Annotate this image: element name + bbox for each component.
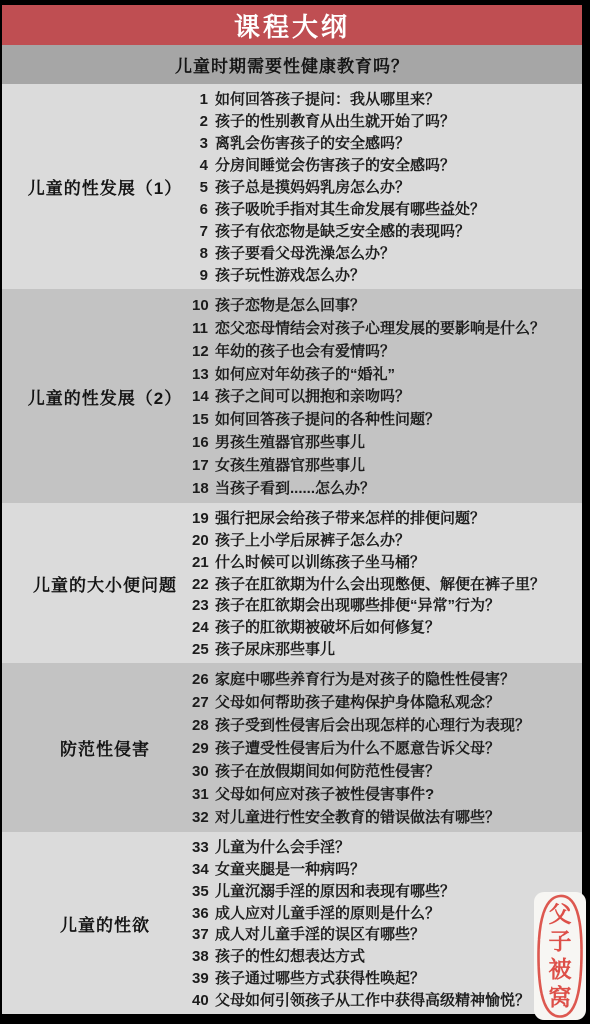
item-number: 5	[192, 179, 208, 196]
item-number: 21	[192, 554, 208, 571]
item-text: 如何回答孩子提问的各种性问题？	[215, 408, 440, 429]
item-text: 成人应对儿童手淫的原则是什么？	[215, 902, 440, 923]
item-number: 29	[192, 740, 208, 757]
outline-item: 22孩子在肛欲期为什么会出现憋便、解便在裤子里？	[192, 573, 582, 594]
item-number: 2	[192, 113, 208, 130]
stamp-inner: 父子被窝	[534, 892, 586, 1020]
item-number: 16	[192, 434, 208, 451]
outline-item: 4分房间睡觉会伤害孩子的安全感吗？	[192, 154, 582, 175]
item-text: 孩子受到性侵害后会出现怎样的心理行为表现？	[215, 714, 530, 735]
outline-item: 34女童夹腿是一种病吗？	[192, 858, 582, 879]
item-number: 7	[192, 223, 208, 240]
outline-item: 39孩子通过哪些方式获得性唤起？	[192, 967, 582, 988]
outline-item: 26家庭中哪些养育行为是对孩子的隐性性侵害？	[192, 668, 582, 689]
item-text: 孩子之间可以拥抱和亲吻吗？	[215, 385, 410, 406]
outline-item: 27父母如何帮助孩子建构保护身体隐私观念？	[192, 691, 582, 712]
item-text: 孩子在放假期间如何防范性侵害？	[215, 760, 440, 781]
section-5: 儿童的性欲33儿童为什么会手淫？34女童夹腿是一种病吗？35儿童沉溺手淫的原因和…	[2, 832, 582, 1014]
stamp-char: 窝	[549, 984, 572, 1012]
item-number: 30	[192, 763, 208, 780]
watermark-stamp: 父子被窝	[534, 892, 586, 1020]
item-number: 10	[192, 297, 208, 314]
item-text: 孩子玩性游戏怎么办？	[215, 264, 365, 285]
item-text: 孩子遭受性侵害后为什么不愿意告诉父母？	[215, 737, 500, 758]
outline-item: 15如何回答孩子提问的各种性问题？	[192, 408, 582, 429]
stamp-char: 子	[549, 928, 572, 956]
outline-item: 32对儿童进行性安全教育的错误做法有哪些？	[192, 806, 582, 827]
item-number: 33	[192, 839, 208, 856]
item-text: 对儿童进行性安全教育的错误做法有哪些？	[215, 806, 500, 827]
item-number: 1	[192, 91, 208, 108]
outline-item: 18当孩子看到......怎么办？	[192, 477, 582, 498]
section-label: 儿童的大小便问题	[2, 503, 192, 663]
section-items: 26家庭中哪些养育行为是对孩子的隐性性侵害？27父母如何帮助孩子建构保护身体隐私…	[192, 663, 582, 832]
item-number: 38	[192, 948, 208, 965]
outline-item: 37成人对儿童手淫的误区有哪些？	[192, 923, 582, 944]
item-number: 27	[192, 694, 208, 711]
item-text: 孩子吸吮手指对其生命发展有哪些益处？	[215, 198, 485, 219]
item-text: 什么时候可以训练孩子坐马桶？	[215, 551, 425, 572]
item-text: 男孩生殖器官那些事儿	[215, 431, 365, 452]
section-2: 儿童的性发展（2）10孩子恋物是怎么回事？11恋父恋母情结会对孩子心理发展的要影…	[2, 289, 582, 503]
item-number: 36	[192, 905, 208, 922]
outline-item: 30孩子在放假期间如何防范性侵害？	[192, 760, 582, 781]
item-text: 如何回答孩子提问：我从哪里来？	[215, 88, 440, 109]
item-number: 28	[192, 717, 208, 734]
section-1: 儿童的性发展（1）1如何回答孩子提问：我从哪里来？2孩子的性别教育从出生就开始了…	[2, 84, 582, 289]
outline-item: 19强行把尿会给孩子带来怎样的排便问题？	[192, 507, 582, 528]
item-number: 13	[192, 366, 208, 383]
outline-item: 20孩子上小学后尿裤子怎么办？	[192, 529, 582, 550]
stamp-text: 父子被窝	[534, 892, 586, 1020]
outline-item: 13如何应对年幼孩子的“婚礼”	[192, 363, 582, 384]
item-number: 4	[192, 157, 208, 174]
item-text: 当孩子看到......怎么办？	[215, 477, 375, 498]
outline-item: 12年幼的孩子也会有爱情吗？	[192, 340, 582, 361]
item-number: 9	[192, 267, 208, 284]
section-items: 10孩子恋物是怎么回事？11恋父恋母情结会对孩子心理发展的要影响是什么？12年幼…	[192, 289, 582, 503]
item-number: 22	[192, 576, 208, 593]
item-number: 17	[192, 457, 208, 474]
item-number: 6	[192, 201, 208, 218]
item-text: 孩子的性别教育从出生就开始了吗？	[215, 110, 455, 131]
item-text: 孩子有依恋物是缺乏安全感的表现吗？	[215, 220, 470, 241]
item-text: 孩子的性幻想表达方式	[215, 945, 365, 966]
page-subtitle-bar: 儿童时期需要性健康教育吗？	[2, 45, 582, 84]
outline-item: 25孩子尿床那些事儿	[192, 638, 582, 659]
outline-item: 36成人应对儿童手淫的原则是什么？	[192, 902, 582, 923]
outline-item: 8孩子要看父母洗澡怎么办？	[192, 242, 582, 263]
item-text: 孩子尿床那些事儿	[215, 638, 335, 659]
item-text: 恋父恋母情结会对孩子心理发展的要影响是什么？	[215, 317, 545, 338]
section-label: 儿童的性欲	[2, 832, 192, 1014]
outline-item: 24孩子的肛欲期被破坏后如何修复？	[192, 616, 582, 637]
outline-item: 29孩子遭受性侵害后为什么不愿意告诉父母？	[192, 737, 582, 758]
item-number: 20	[192, 532, 208, 549]
item-text: 年幼的孩子也会有爱情吗？	[215, 340, 395, 361]
item-text: 孩子要看父母洗澡怎么办？	[215, 242, 395, 263]
outline-item: 9孩子玩性游戏怎么办？	[192, 264, 582, 285]
section-label: 儿童的性发展（1）	[2, 84, 192, 289]
page-subtitle: 儿童时期需要性健康教育吗？	[175, 52, 409, 77]
item-text: 离乳会伤害孩子的安全感吗？	[215, 132, 410, 153]
item-text: 孩子总是摸妈妈乳房怎么办？	[215, 176, 410, 197]
outline-item: 10孩子恋物是怎么回事？	[192, 294, 582, 315]
item-number: 23	[192, 597, 208, 614]
item-text: 父母如何应对孩子被性侵害事件?	[215, 783, 434, 804]
item-text: 儿童为什么会手淫？	[215, 836, 350, 857]
section-4: 防范性侵害26家庭中哪些养育行为是对孩子的隐性性侵害？27父母如何帮助孩子建构保…	[2, 663, 582, 832]
item-number: 26	[192, 671, 208, 688]
section-items: 33儿童为什么会手淫？34女童夹腿是一种病吗？35儿童沉溺手淫的原因和表现有哪些…	[192, 832, 582, 1014]
outline-item: 2孩子的性别教育从出生就开始了吗？	[192, 110, 582, 131]
outline-item: 38孩子的性幻想表达方式	[192, 945, 582, 966]
item-text: 孩子恋物是怎么回事？	[215, 294, 365, 315]
item-number: 12	[192, 343, 208, 360]
item-text: 父母如何帮助孩子建构保护身体隐私观念？	[215, 691, 500, 712]
item-number: 24	[192, 619, 208, 636]
item-text: 强行把尿会给孩子带来怎样的排便问题？	[215, 507, 485, 528]
item-number: 25	[192, 641, 208, 658]
item-number: 3	[192, 135, 208, 152]
item-number: 15	[192, 411, 208, 428]
item-number: 19	[192, 510, 208, 527]
course-outline-page: 课程大纲 儿童时期需要性健康教育吗？ 儿童的性发展（1）1如何回答孩子提问：我从…	[0, 0, 590, 1024]
item-number: 40	[192, 992, 208, 1009]
item-text: 儿童沉溺手淫的原因和表现有哪些？	[215, 880, 455, 901]
item-text: 孩子通过哪些方式获得性唤起？	[215, 967, 425, 988]
outline-item: 33儿童为什么会手淫？	[192, 836, 582, 857]
outline-item: 14孩子之间可以拥抱和亲吻吗？	[192, 385, 582, 406]
section-items: 19强行把尿会给孩子带来怎样的排便问题？20孩子上小学后尿裤子怎么办？21什么时…	[192, 503, 582, 663]
item-text: 父母如何引领孩子从工作中获得高级精神愉悦？	[215, 989, 530, 1010]
outline-item: 1如何回答孩子提问：我从哪里来？	[192, 88, 582, 109]
item-text: 孩子在肛欲期为什么会出现憋便、解便在裤子里？	[215, 573, 545, 594]
outline-item: 7孩子有依恋物是缺乏安全感的表现吗？	[192, 220, 582, 241]
item-text: 如何应对年幼孩子的“婚礼”	[215, 363, 395, 384]
stamp-char: 被	[549, 956, 572, 984]
item-number: 31	[192, 786, 208, 803]
outline-item: 16男孩生殖器官那些事儿	[192, 431, 582, 452]
item-number: 8	[192, 245, 208, 262]
item-text: 家庭中哪些养育行为是对孩子的隐性性侵害？	[215, 668, 515, 689]
section-label: 儿童的性发展（2）	[2, 289, 192, 503]
outline-item: 21什么时候可以训练孩子坐马桶？	[192, 551, 582, 572]
item-number: 35	[192, 883, 208, 900]
item-text: 女童夹腿是一种病吗？	[215, 858, 365, 879]
section-label: 防范性侵害	[2, 663, 192, 832]
section-items: 1如何回答孩子提问：我从哪里来？2孩子的性别教育从出生就开始了吗？3离乳会伤害孩…	[192, 84, 582, 289]
item-number: 32	[192, 809, 208, 826]
item-text: 分房间睡觉会伤害孩子的安全感吗？	[215, 154, 455, 175]
page-header: 课程大纲	[2, 5, 582, 45]
outline-item: 31父母如何应对孩子被性侵害事件?	[192, 783, 582, 804]
section-3: 儿童的大小便问题19强行把尿会给孩子带来怎样的排便问题？20孩子上小学后尿裤子怎…	[2, 503, 582, 663]
outline-item: 6孩子吸吮手指对其生命发展有哪些益处？	[192, 198, 582, 219]
item-text: 孩子上小学后尿裤子怎么办？	[215, 529, 410, 550]
item-text: 孩子在肛欲期会出现哪些排便“异常”行为？	[215, 594, 500, 615]
item-text: 成人对儿童手淫的误区有哪些？	[215, 923, 425, 944]
item-number: 11	[192, 320, 208, 337]
outline-item: 5孩子总是摸妈妈乳房怎么办？	[192, 176, 582, 197]
outline-sheet: 课程大纲 儿童时期需要性健康教育吗？ 儿童的性发展（1）1如何回答孩子提问：我从…	[2, 5, 582, 1014]
item-number: 14	[192, 388, 208, 405]
stamp-char: 父	[549, 901, 572, 929]
item-number: 39	[192, 970, 208, 987]
item-number: 34	[192, 861, 208, 878]
outline-item: 23孩子在肛欲期会出现哪些排便“异常”行为？	[192, 594, 582, 615]
outline-item: 11恋父恋母情结会对孩子心理发展的要影响是什么？	[192, 317, 582, 338]
item-number: 18	[192, 480, 208, 497]
item-text: 孩子的肛欲期被破坏后如何修复？	[215, 616, 440, 637]
outline-item: 28孩子受到性侵害后会出现怎样的心理行为表现？	[192, 714, 582, 735]
item-text: 女孩生殖器官那些事儿	[215, 454, 365, 475]
outline-item: 3离乳会伤害孩子的安全感吗？	[192, 132, 582, 153]
outline-item: 17女孩生殖器官那些事儿	[192, 454, 582, 475]
outline-item: 40父母如何引领孩子从工作中获得高级精神愉悦？	[192, 989, 582, 1010]
page-title: 课程大纲	[234, 7, 350, 44]
outline-item: 35儿童沉溺手淫的原因和表现有哪些？	[192, 880, 582, 901]
item-number: 37	[192, 926, 208, 943]
